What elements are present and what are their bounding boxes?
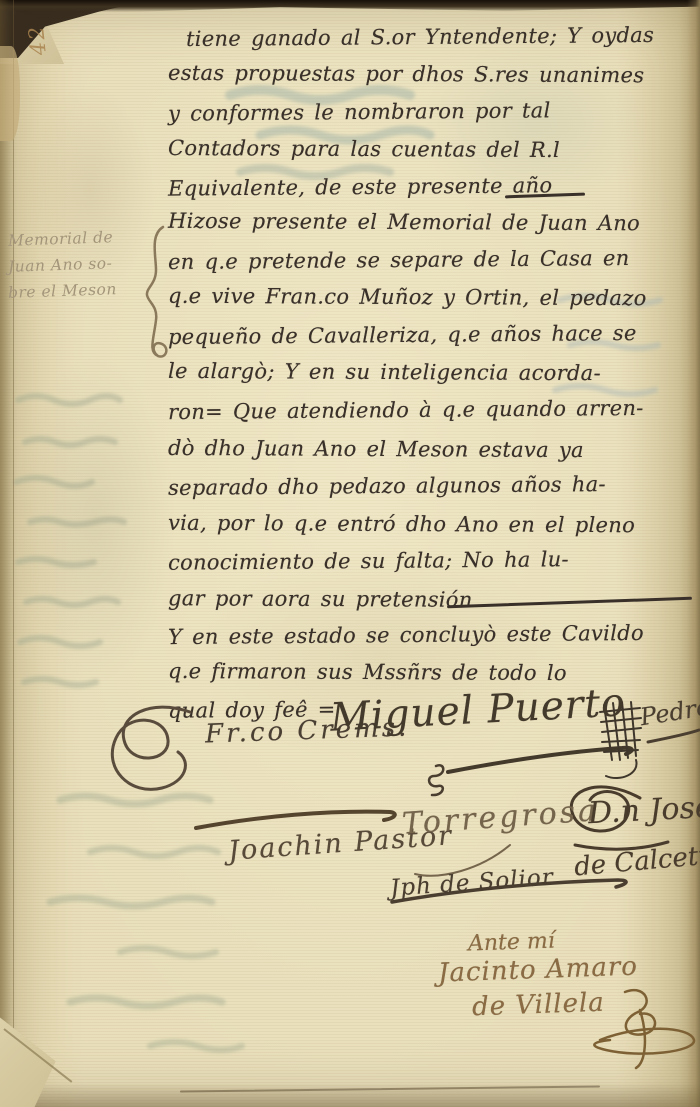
pedro-underline bbox=[648, 730, 699, 742]
villela-rubric bbox=[594, 990, 694, 1068]
ante-mi-label: Ante mí bbox=[468, 928, 556, 956]
rubric-flourish-left bbox=[112, 707, 190, 789]
margin-brace bbox=[147, 227, 166, 357]
signature-de-villela: de Villela bbox=[472, 988, 606, 1023]
flourish-layer bbox=[0, 0, 700, 1107]
curl-flourish bbox=[429, 765, 443, 795]
manuscript-page: 42 Memorial de Juan Ano so- bre el Meson… bbox=[0, 0, 700, 1107]
